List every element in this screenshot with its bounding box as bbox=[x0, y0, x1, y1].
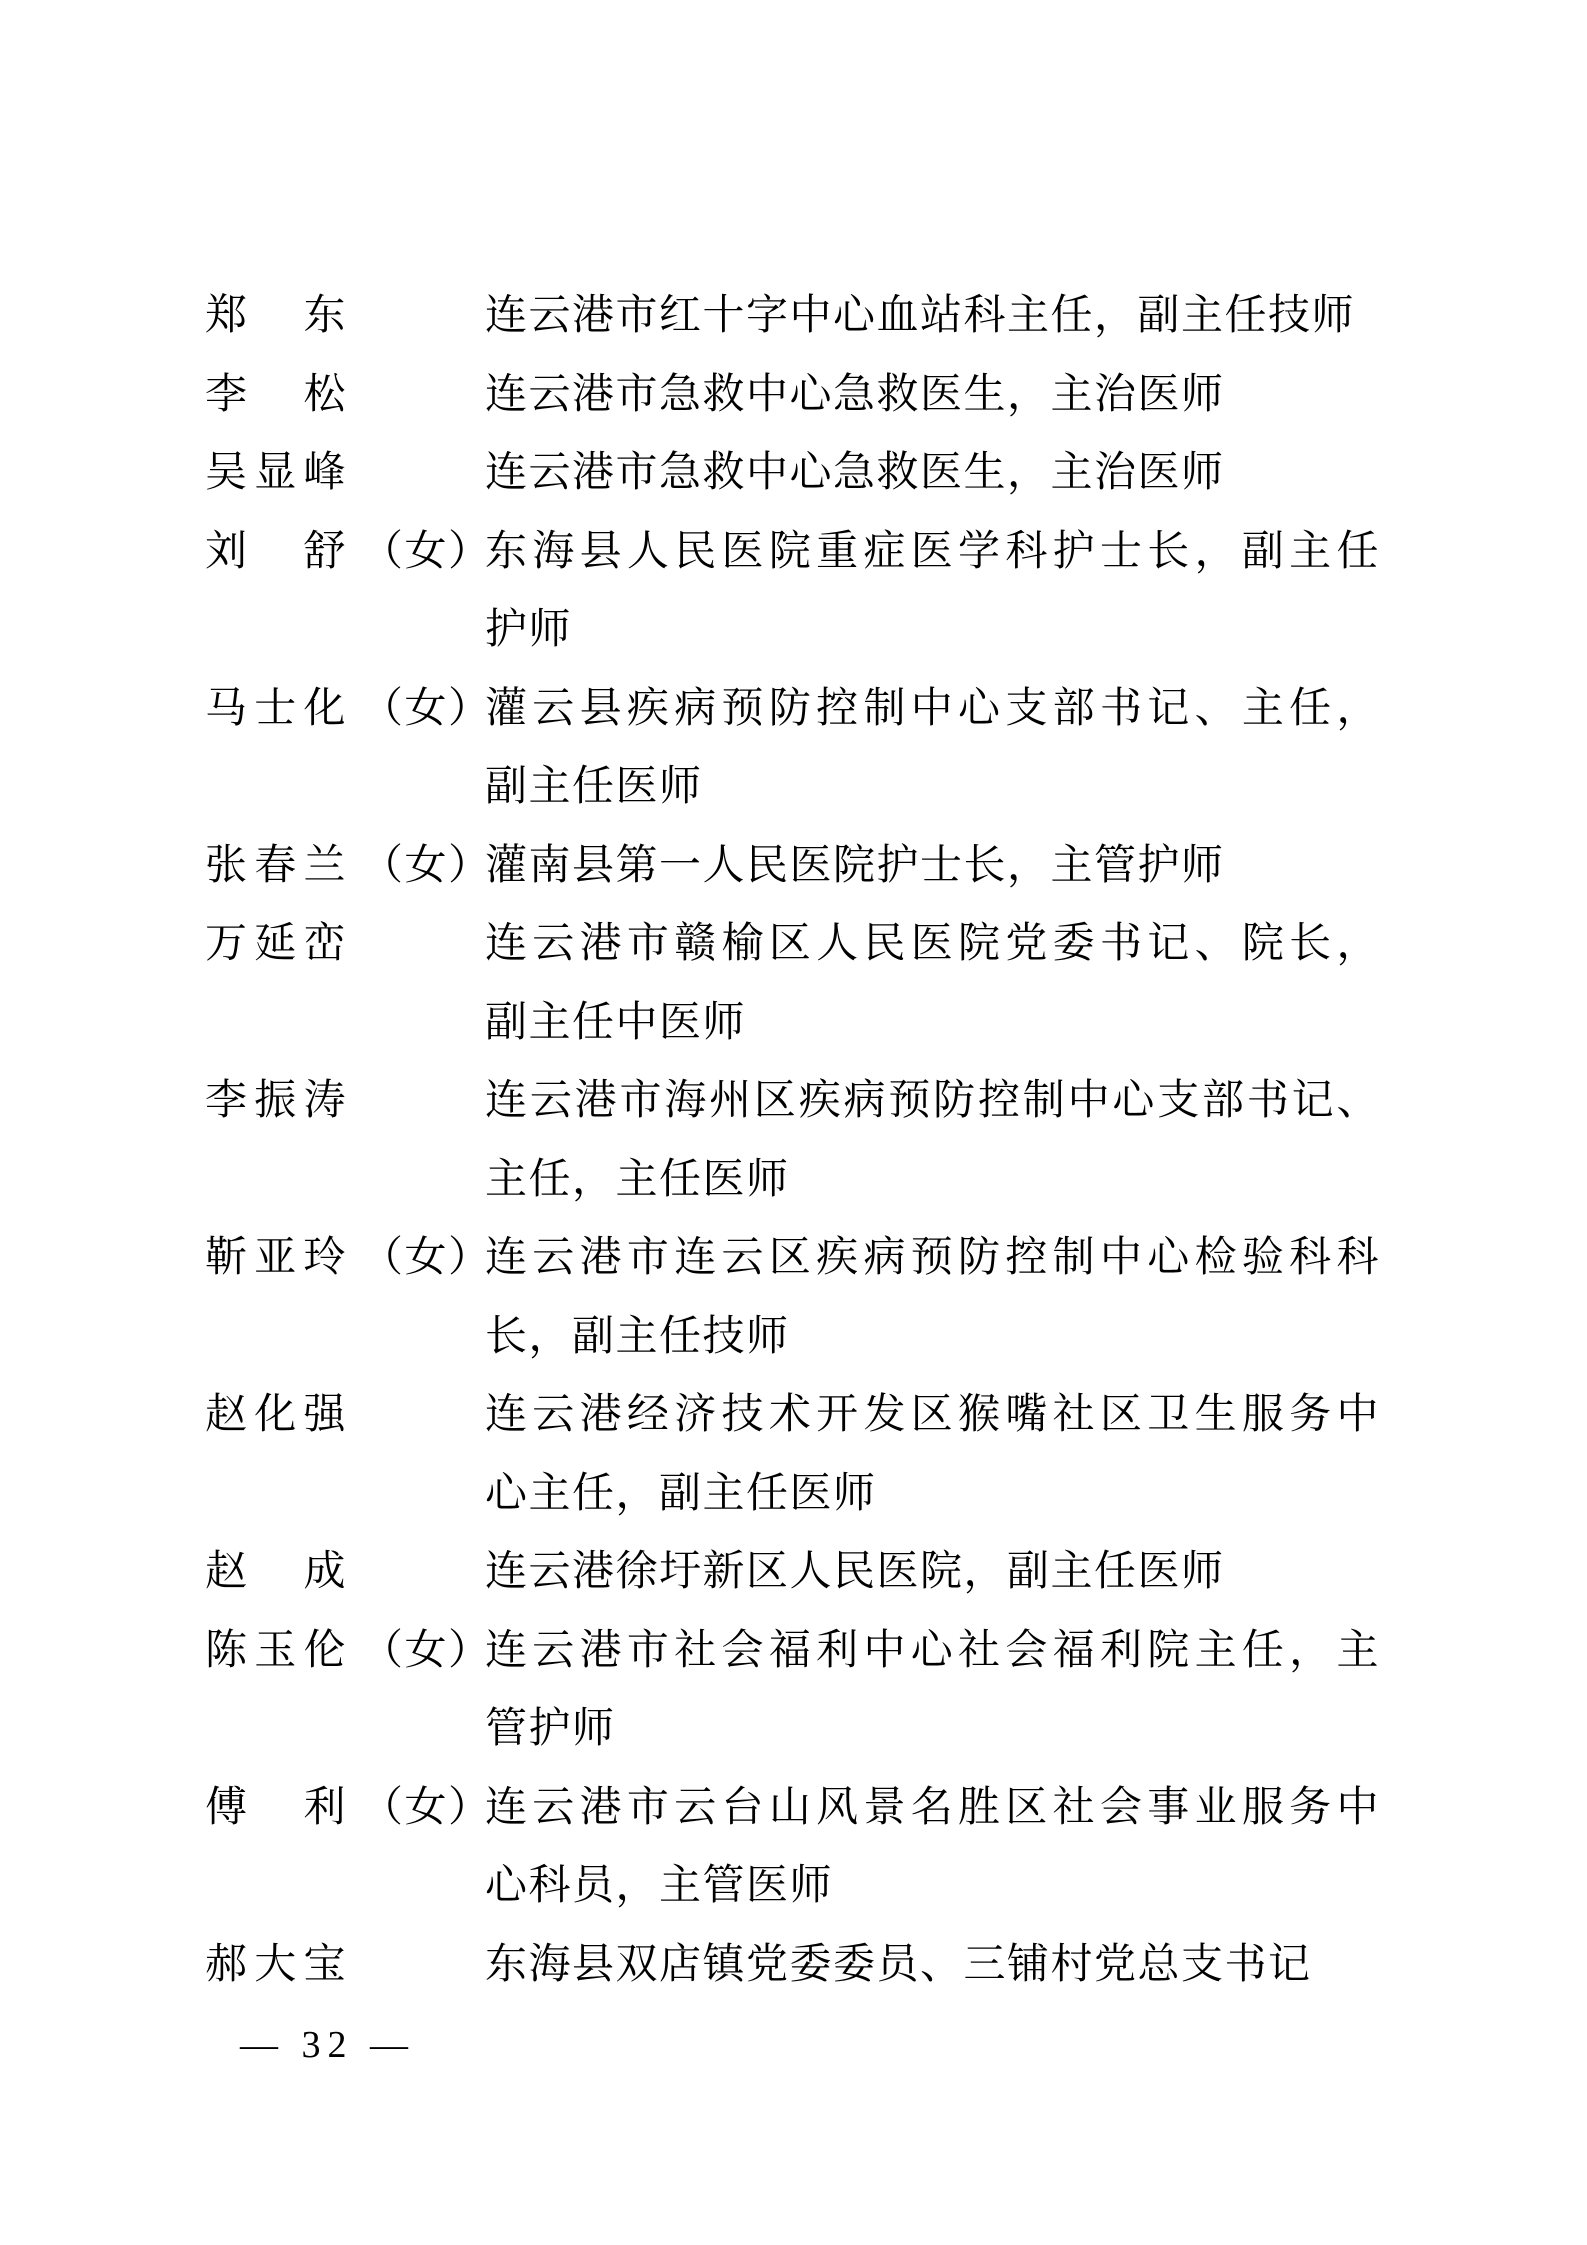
entry-name: 吴显峰 bbox=[205, 434, 347, 513]
entry-name-cell: 陈玉伦（女） bbox=[205, 1612, 485, 1691]
entry-description-line: 心科员，主管医师 bbox=[485, 1847, 1380, 1926]
entry-description-line: 灌云县疾病预防控制中心支部书记、主任， bbox=[485, 670, 1380, 749]
entry-description: 连云港市社会福利中心社会福利院主任，主管护师 bbox=[485, 1612, 1380, 1769]
entry-description-line: 副主任中医师 bbox=[485, 984, 1380, 1063]
entry-description-line: 连云港市云台山风景名胜区社会事业服务中 bbox=[485, 1769, 1380, 1848]
entry-gender: （女） bbox=[361, 513, 492, 592]
entry-name: 赵化强 bbox=[205, 1376, 347, 1455]
entry-name: 李振涛 bbox=[205, 1062, 347, 1141]
entry-description-line: 连云港市社会福利中心社会福利院主任，主 bbox=[485, 1612, 1380, 1691]
entry-description-line: 东海县人民医院重症医学科护士长，副主任 bbox=[485, 513, 1380, 592]
entry-row: 傅 利（女）连云港市云台山风景名胜区社会事业服务中心科员，主管医师 bbox=[205, 1769, 1380, 1926]
entry-description-line: 连云港经济技术开发区猴嘴社区卫生服务中 bbox=[485, 1376, 1380, 1455]
document-page: 郑 东连云港市红十字中心血站科主任，副主任技师李 松连云港市急救中心急救医生，主… bbox=[0, 0, 1587, 2245]
entry-gender: （女） bbox=[361, 1612, 492, 1691]
entry-name: 郝大宝 bbox=[205, 1926, 347, 2005]
entry-name: 张春兰 bbox=[205, 827, 347, 906]
page-number: — 32 — bbox=[240, 2026, 415, 2064]
entry-description-line: 连云港市连云区疾病预防控制中心检验科科 bbox=[485, 1219, 1380, 1298]
entry-name-cell: 傅 利（女） bbox=[205, 1769, 485, 1848]
entry-description-line: 连云港市海州区疾病预防控制中心支部书记、 bbox=[485, 1062, 1380, 1141]
entry-name: 马士化 bbox=[205, 670, 347, 749]
entry-name-cell: 刘 舒（女） bbox=[205, 513, 485, 592]
entry-row: 张春兰（女）灌南县第一人民医院护士长，主管护师 bbox=[205, 827, 1380, 906]
entry-name: 万延峦 bbox=[205, 905, 347, 984]
entry-description: 灌云县疾病预防控制中心支部书记、主任，副主任医师 bbox=[485, 670, 1380, 827]
entry-gender: （女） bbox=[361, 827, 492, 906]
entry-gender: （女） bbox=[361, 1219, 492, 1298]
entry-row: 吴显峰连云港市急救中心急救医生，主治医师 bbox=[205, 434, 1380, 513]
entry-description-line: 连云港市急救中心急救医生，主治医师 bbox=[485, 434, 1380, 513]
entry-gender: （女） bbox=[361, 670, 492, 749]
entry-row: 万延峦连云港市赣榆区人民医院党委书记、院长，副主任中医师 bbox=[205, 905, 1380, 1062]
entry-row: 赵化强连云港经济技术开发区猴嘴社区卫生服务中心主任，副主任医师 bbox=[205, 1376, 1380, 1533]
entry-description: 连云港市海州区疾病预防控制中心支部书记、主任，主任医师 bbox=[485, 1062, 1380, 1219]
entry-description: 连云港经济技术开发区猴嘴社区卫生服务中心主任，副主任医师 bbox=[485, 1376, 1380, 1533]
entry-name-cell: 靳亚玲（女） bbox=[205, 1219, 485, 1298]
entry-name-cell: 张春兰（女） bbox=[205, 827, 485, 906]
entry-description: 连云港市云台山风景名胜区社会事业服务中心科员，主管医师 bbox=[485, 1769, 1380, 1926]
entry-name-cell: 马士化（女） bbox=[205, 670, 485, 749]
entry-description: 东海县人民医院重症医学科护士长，副主任护师 bbox=[485, 513, 1380, 670]
entry-name-cell: 赵化强 bbox=[205, 1376, 485, 1455]
entry-description: 连云港徐圩新区人民医院，副主任医师 bbox=[485, 1533, 1380, 1612]
entry-name-cell: 吴显峰 bbox=[205, 434, 485, 513]
entry-name-cell: 李振涛 bbox=[205, 1062, 485, 1141]
entry-row: 郝大宝东海县双店镇党委委员、三铺村党总支书记 bbox=[205, 1926, 1380, 2005]
entry-row: 陈玉伦（女）连云港市社会福利中心社会福利院主任，主管护师 bbox=[205, 1612, 1380, 1769]
entry-name: 郑 东 bbox=[205, 277, 347, 356]
entry-name-cell: 郝大宝 bbox=[205, 1926, 485, 2005]
entry-row: 郑 东连云港市红十字中心血站科主任，副主任技师 bbox=[205, 277, 1380, 356]
entry-row: 赵 成连云港徐圩新区人民医院，副主任医师 bbox=[205, 1533, 1380, 1612]
entry-row: 靳亚玲（女）连云港市连云区疾病预防控制中心检验科科长，副主任技师 bbox=[205, 1219, 1380, 1376]
entry-description: 连云港市赣榆区人民医院党委书记、院长，副主任中医师 bbox=[485, 905, 1380, 1062]
entry-description-line: 连云港市赣榆区人民医院党委书记、院长， bbox=[485, 905, 1380, 984]
entry-description-line: 连云港市急救中心急救医生，主治医师 bbox=[485, 356, 1380, 435]
award-list: 郑 东连云港市红十字中心血站科主任，副主任技师李 松连云港市急救中心急救医生，主… bbox=[205, 277, 1380, 2004]
entry-row: 李 松连云港市急救中心急救医生，主治医师 bbox=[205, 356, 1380, 435]
entry-name: 傅 利 bbox=[205, 1769, 347, 1848]
entry-description-line: 管护师 bbox=[485, 1690, 1380, 1769]
entry-name: 靳亚玲 bbox=[205, 1219, 347, 1298]
entry-description-line: 副主任医师 bbox=[485, 748, 1380, 827]
entry-name: 陈玉伦 bbox=[205, 1612, 347, 1691]
entry-description: 连云港市急救中心急救医生，主治医师 bbox=[485, 434, 1380, 513]
entry-name-cell: 郑 东 bbox=[205, 277, 485, 356]
entry-description: 连云港市红十字中心血站科主任，副主任技师 bbox=[485, 277, 1380, 356]
entry-gender: （女） bbox=[361, 1769, 492, 1848]
entry-name-cell: 李 松 bbox=[205, 356, 485, 435]
entry-name: 李 松 bbox=[205, 356, 347, 435]
entry-name-cell: 万延峦 bbox=[205, 905, 485, 984]
entry-description: 连云港市连云区疾病预防控制中心检验科科长，副主任技师 bbox=[485, 1219, 1380, 1376]
entry-description-line: 东海县双店镇党委委员、三铺村党总支书记 bbox=[485, 1926, 1380, 2005]
entry-row: 马士化（女）灌云县疾病预防控制中心支部书记、主任，副主任医师 bbox=[205, 670, 1380, 827]
entry-description: 东海县双店镇党委委员、三铺村党总支书记 bbox=[485, 1926, 1380, 2005]
entry-description-line: 长，副主任技师 bbox=[485, 1298, 1380, 1377]
entry-description: 灌南县第一人民医院护士长，主管护师 bbox=[485, 827, 1380, 906]
entry-name: 刘 舒 bbox=[205, 513, 347, 592]
entry-name-cell: 赵 成 bbox=[205, 1533, 485, 1612]
entry-description-line: 护师 bbox=[485, 591, 1380, 670]
entry-description-line: 连云港徐圩新区人民医院，副主任医师 bbox=[485, 1533, 1380, 1612]
entry-description-line: 主任，主任医师 bbox=[485, 1141, 1380, 1220]
entry-description-line: 灌南县第一人民医院护士长，主管护师 bbox=[485, 827, 1380, 906]
entry-description: 连云港市急救中心急救医生，主治医师 bbox=[485, 356, 1380, 435]
entry-row: 李振涛连云港市海州区疾病预防控制中心支部书记、主任，主任医师 bbox=[205, 1062, 1380, 1219]
entry-description-line: 心主任，副主任医师 bbox=[485, 1455, 1380, 1534]
entry-description-line: 连云港市红十字中心血站科主任，副主任技师 bbox=[485, 277, 1380, 356]
entry-row: 刘 舒（女）东海县人民医院重症医学科护士长，副主任护师 bbox=[205, 513, 1380, 670]
entry-name: 赵 成 bbox=[205, 1533, 347, 1612]
